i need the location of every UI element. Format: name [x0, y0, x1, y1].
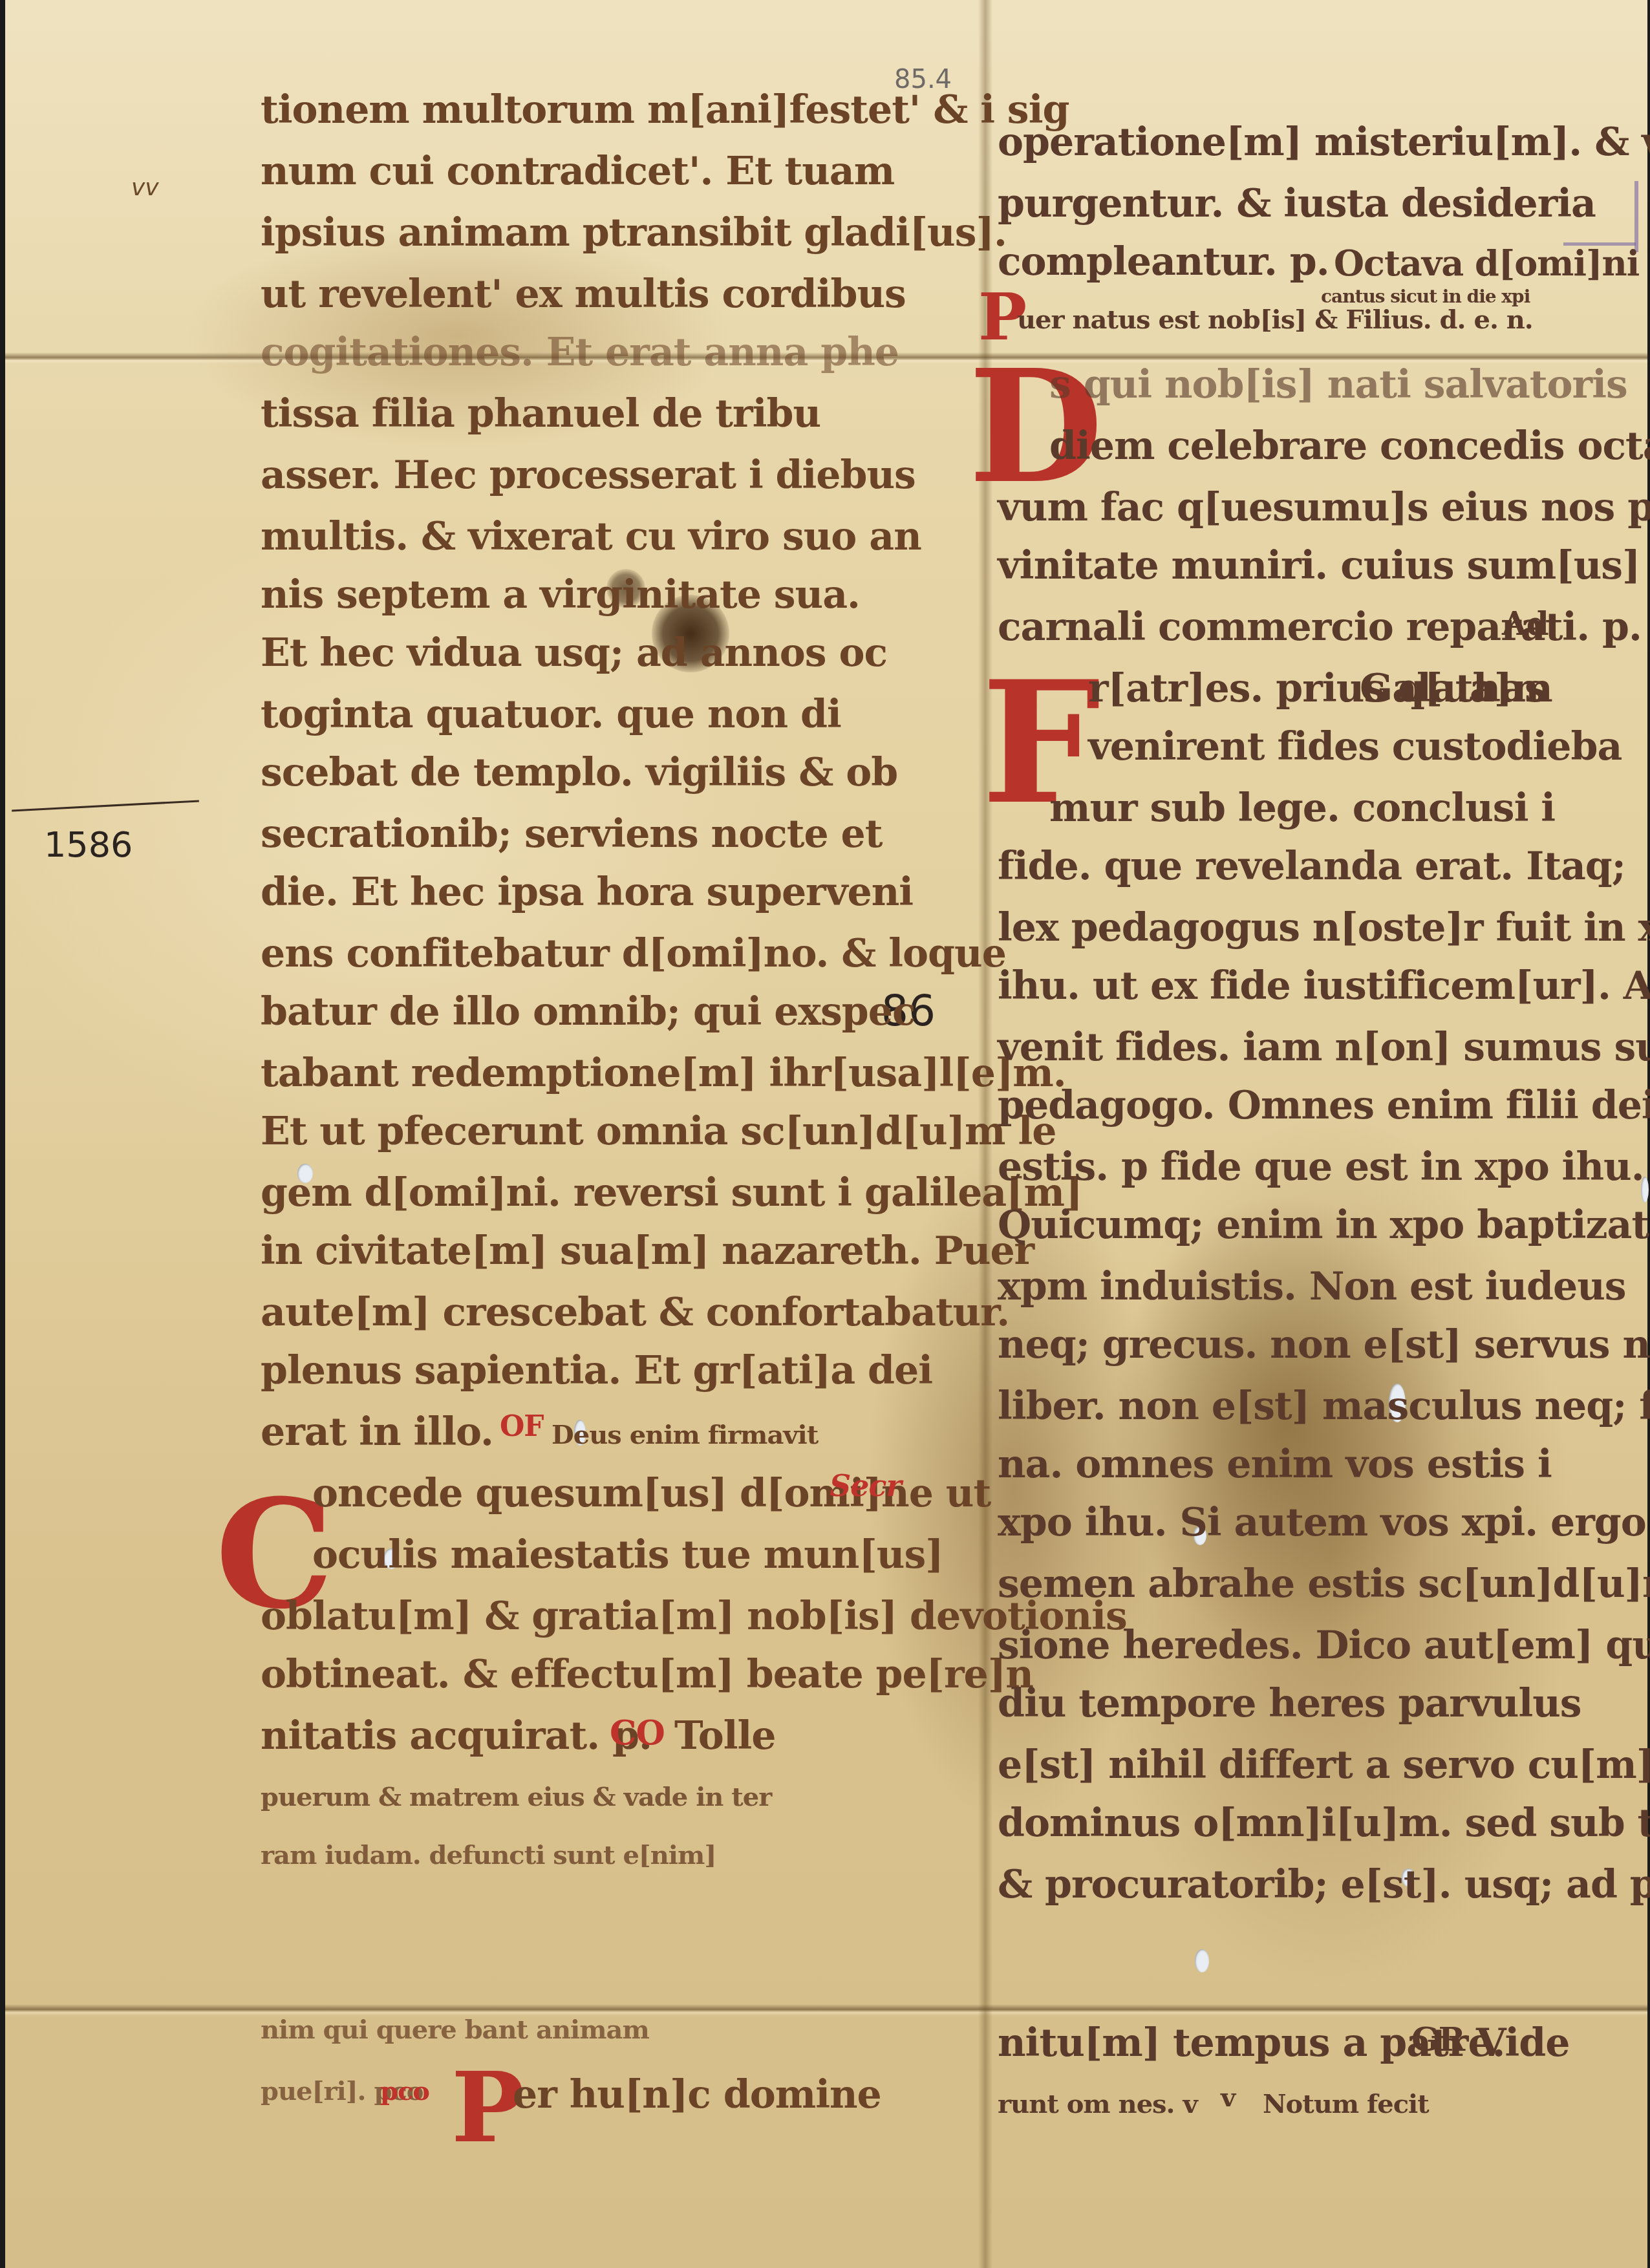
rubric-offertory: OF — [500, 1413, 544, 1441]
chant-line: puerum & matrem eius & vade in ter — [261, 1784, 771, 1810]
rubric-secreta: Secr — [830, 1471, 901, 1501]
rubric-communion: CO — [610, 1717, 665, 1750]
text-line: e[st] nihil differt a servo cu[m] sit — [998, 1746, 1650, 1784]
worm-hole — [1195, 1949, 1209, 1973]
text-line: neq; grecus. non e[st] servus neq; — [998, 1325, 1650, 1364]
text-line: operatione[m] misteriu[m]. & vitia n[ost… — [998, 123, 1650, 162]
chant-line: ram iudam. defuncti sunt e[nim] — [261, 1843, 716, 1868]
communion-incipit: Tolle — [674, 1717, 776, 1755]
margin-stroke — [12, 800, 199, 811]
text-line: obtineat. & effectu[m] beate pe[re]n — [261, 1655, 1033, 1694]
text-line: ens confitebatur d[omi]no. & loque — [261, 934, 1006, 973]
text-line: venit fides. iam n[on] sumus sub — [998, 1028, 1650, 1067]
chant-line: runt om nes. v — [998, 2091, 1197, 2117]
text-line: diu tempore heres parvulus — [998, 1684, 1581, 1723]
text-line: tabant redemptione[m] ihr[usa]l[e]m. — [261, 1054, 1066, 1093]
gradual-incipit: Vide — [1476, 2024, 1569, 2062]
text-line: & procuratorib; e[st]. usq; ad p[re]fi — [998, 1865, 1650, 1904]
text-line: estis. p fide que est in xpo ihu. — [998, 1148, 1644, 1186]
text-line: dominus o[mn]i[u]m. sed sub tutorib; — [998, 1804, 1650, 1843]
text-line: die. Et hec ipsa hora superveni — [261, 873, 913, 912]
text-line: vinitate muniri. cuius sum[us] — [998, 546, 1640, 585]
text-line: asser. Hec processerat i diebus — [261, 456, 916, 495]
text-line: plenus sapientia. Et gr[ati]a dei — [261, 1351, 932, 1390]
text-line: multis. & vixerat cu viro suo an — [261, 517, 921, 556]
text-line-folded: s qui nob[is] nati salvatoris — [1049, 365, 1627, 404]
rubric-ad: Ad — [1502, 608, 1548, 640]
text-line: erat in illo. — [261, 1413, 493, 1451]
text-line: diem celebrare concedis octa — [1049, 427, 1650, 465]
text-line: ut revelent' ex multis cordibus — [261, 275, 906, 314]
violet-ruling-vertical — [1634, 181, 1638, 252]
text-line: na. omnes enim vos estis i — [998, 1445, 1552, 1484]
rubric-gradual: GR — [1411, 2024, 1464, 2056]
text-line: scebat de templo. vigiliis & ob — [261, 753, 897, 792]
text-line: sione heredes. Dico aut[em] qua[m] — [998, 1626, 1650, 1665]
rubric-postcommunion: pco — [380, 2079, 429, 2104]
text-line: purgentur. & iusta desideria — [998, 184, 1596, 223]
offertory-incipit: Deus enim firmavit — [552, 1422, 818, 1448]
text-line-folded: cogitationes. Et erat anna phe — [261, 333, 899, 372]
text-line: er hu[n]c domine — [513, 2075, 881, 2114]
text-line: xpo ihu. Si autem vos xpi. ergo — [998, 1503, 1646, 1542]
text-line: semen abrahe estis sc[un]d[u]m p[ro]mis — [998, 1565, 1650, 1603]
margin-year-number: 1586 — [44, 824, 133, 865]
text-line: xpm induistis. Non est iudeus — [998, 1267, 1626, 1306]
introit-line: uer natus est nob[is] & Filius. d. e. n. — [1017, 307, 1533, 333]
text-line: Et hec vidua usq; ad annos oc — [261, 634, 887, 672]
margin-mark: vv — [131, 175, 159, 201]
text-line: ipsius animam ptransibit gladi[us]. — [261, 213, 1007, 252]
verse-incipit: Notum fecit — [1263, 2091, 1429, 2117]
text-line: Quicumq; enim in xpo baptizati estis. — [998, 1206, 1650, 1245]
text-line: oblatu[m] & gratia[m] nob[is] devotionis — [261, 1597, 1127, 1636]
rubric-galathas: Galathas — [1360, 669, 1546, 708]
text-line: gem d[omi]ni. reversi sunt i galilea[m] — [261, 1173, 1082, 1212]
text-line: toginta quatuor. que non di — [261, 695, 841, 734]
text-line: batur de illo omnib; qui exspec — [261, 992, 916, 1031]
text-line: Et ut pfecerunt omnia sc[un]d[u]m le — [261, 1112, 1056, 1151]
text-line: compleantur. p. — [998, 242, 1329, 281]
text-line: fide. que revelanda erat. Itaq; — [998, 847, 1625, 886]
rubric-versus: v — [1221, 2085, 1235, 2111]
text-line: nis septem a virginitate sua. — [261, 575, 860, 614]
horizontal-fold-lower — [5, 2004, 1647, 2016]
text-line: pedagogo. Omnes enim filii dei — [998, 1086, 1650, 1125]
text-line: tissa filia phanuel de tribu — [261, 394, 820, 433]
text-line: in civitate[m] sua[m] nazareth. Puer — [261, 1232, 1034, 1270]
text-line: lex pedagogus n[oste]r fuit in xpo — [998, 908, 1650, 947]
text-line: vum fac q[uesumu]s eius nos perpetua di — [998, 488, 1650, 527]
rubric-octava-domini: Octava d[omi]ni — [1334, 246, 1639, 281]
manuscript-leaf: 85.4 1586 86 vv tionem multorum m[ani]fe… — [5, 0, 1647, 2268]
text-line: oculis maiestatis tue mun[us] — [312, 1535, 943, 1574]
text-line: liber. non e[st] masculus neq; femi — [998, 1387, 1650, 1426]
text-line: mur sub lege. conclusi i — [1049, 789, 1555, 828]
text-line: secrationib; serviens nocte et — [261, 815, 882, 853]
text-line: nitatis acquirat. p. — [261, 1717, 652, 1755]
text-line: aute[m] crescebat & confortabatur. — [261, 1293, 1009, 1332]
text-line: venirent fides custodieba — [1088, 727, 1622, 766]
chant-line: nim qui quere bant animam — [261, 2017, 649, 2043]
text-line: tionem multorum m[ani]festet' & i sig — [261, 91, 1069, 129]
text-line: ihu. ut ex fide iustificem[ur]. At u — [998, 967, 1650, 1005]
text-line: num cui contradicet'. Et tuam — [261, 152, 894, 191]
interlinear-note: cantus sicut in die xpi — [1321, 288, 1530, 306]
